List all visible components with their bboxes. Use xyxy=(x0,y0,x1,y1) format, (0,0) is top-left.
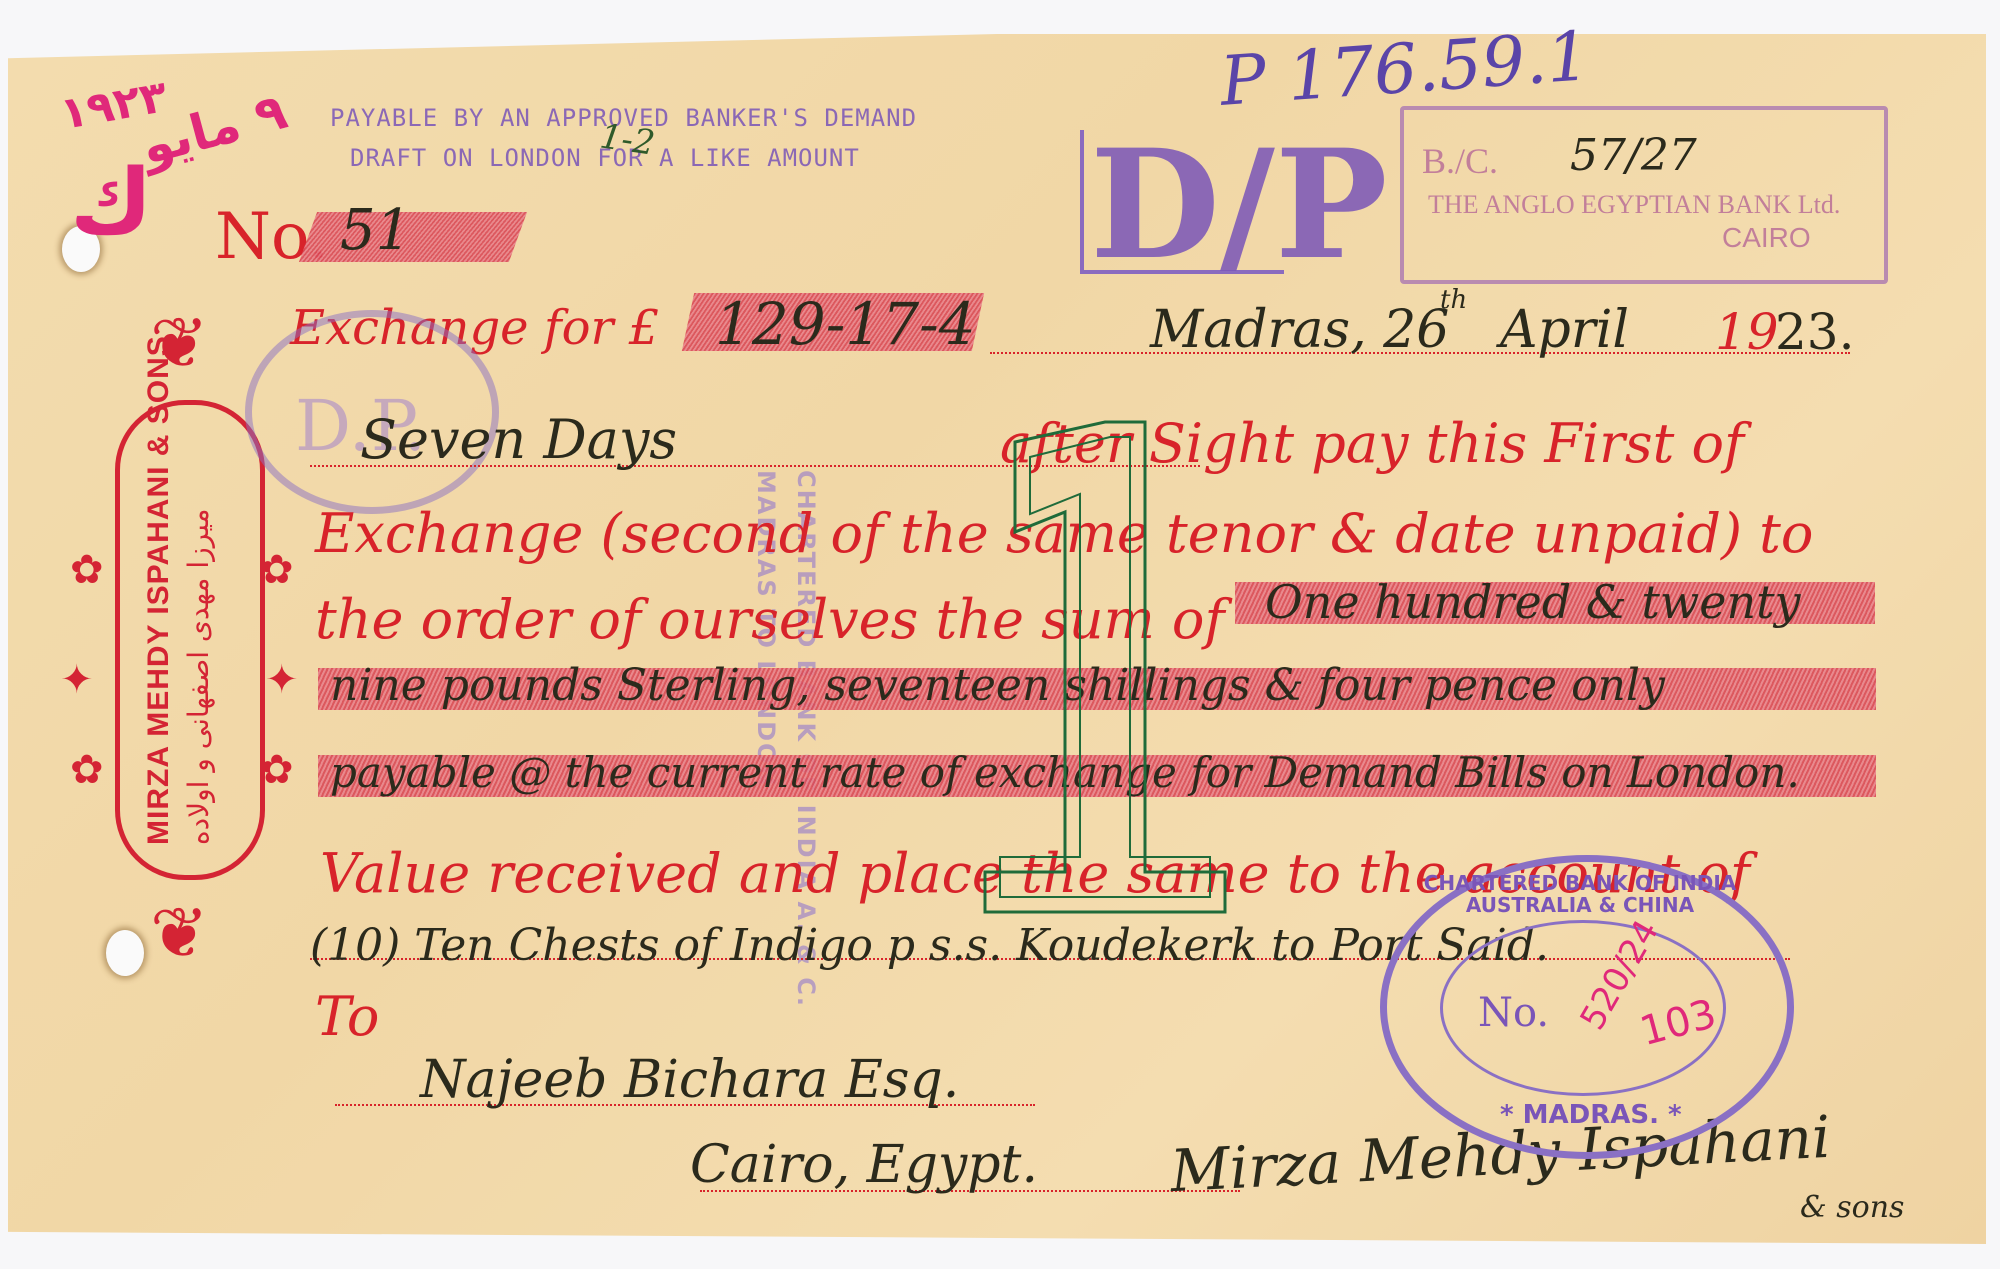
bank-stamp-top-text: CHARTERED BANK OF INDIA AUSTRALIA & CHIN… xyxy=(1400,872,1760,916)
ornament-left2-icon: ✿ xyxy=(70,750,104,790)
ornament-bottom-icon: ❦ xyxy=(150,900,209,970)
vignette-arabic-name: میرزا مهدی اصفهانی و اولاده xyxy=(182,508,215,845)
amount-value: 129-17-4 xyxy=(715,290,976,358)
ornament-right-icon: ✿ xyxy=(260,550,294,590)
date-month: April xyxy=(1500,300,1629,360)
sum-line1: One hundred & twenty xyxy=(1265,575,1801,629)
account-written: (10) Ten Chests of Indigo p s.s. Koudeke… xyxy=(310,920,1549,971)
bank-stamp-bottom-text: * MADRAS. * xyxy=(1500,1100,1682,1130)
payable-handwritten-note: 1-2 xyxy=(597,116,657,163)
drawee-name: Najeeb Bichara Esq. xyxy=(420,1050,959,1110)
date-place: Madras, 26 xyxy=(1150,300,1449,360)
bank-stamp-no-label: No. xyxy=(1478,990,1549,1036)
dp-stamp-large: D/P xyxy=(1090,130,1388,280)
ornament-right2-icon: ✿ xyxy=(260,750,294,790)
tenor-written: Seven Days xyxy=(360,408,677,471)
vignette-firm-name: MIRZA MEHDY ISPAHANI & SONS xyxy=(142,335,176,845)
bc-city: CAIRO xyxy=(1722,222,1811,254)
date-year-written: 23. xyxy=(1775,303,1855,361)
annotation-mark: ك xyxy=(70,150,153,255)
large-numeral-one xyxy=(955,402,1255,922)
bc-bank-name: THE ANGLO EGYPTIAN BANK Ltd. xyxy=(1428,190,1840,220)
drawee-address: Cairo, Egypt. xyxy=(690,1135,1038,1195)
bc-number: 57/27 xyxy=(1570,130,1697,181)
to-label: To xyxy=(315,985,379,1048)
date-suffix: th xyxy=(1440,285,1467,315)
date-year-printed: 19 xyxy=(1715,303,1779,361)
signature-suffix: & sons xyxy=(1800,1190,1904,1225)
number-band xyxy=(299,212,527,262)
ornament-star-right-icon: ✦ xyxy=(265,660,299,700)
number-value: 51 xyxy=(340,198,411,263)
ornament-star-left-icon: ✦ xyxy=(60,660,94,700)
bc-label: B./C. xyxy=(1422,140,1498,182)
ornament-left-icon: ✿ xyxy=(70,550,104,590)
